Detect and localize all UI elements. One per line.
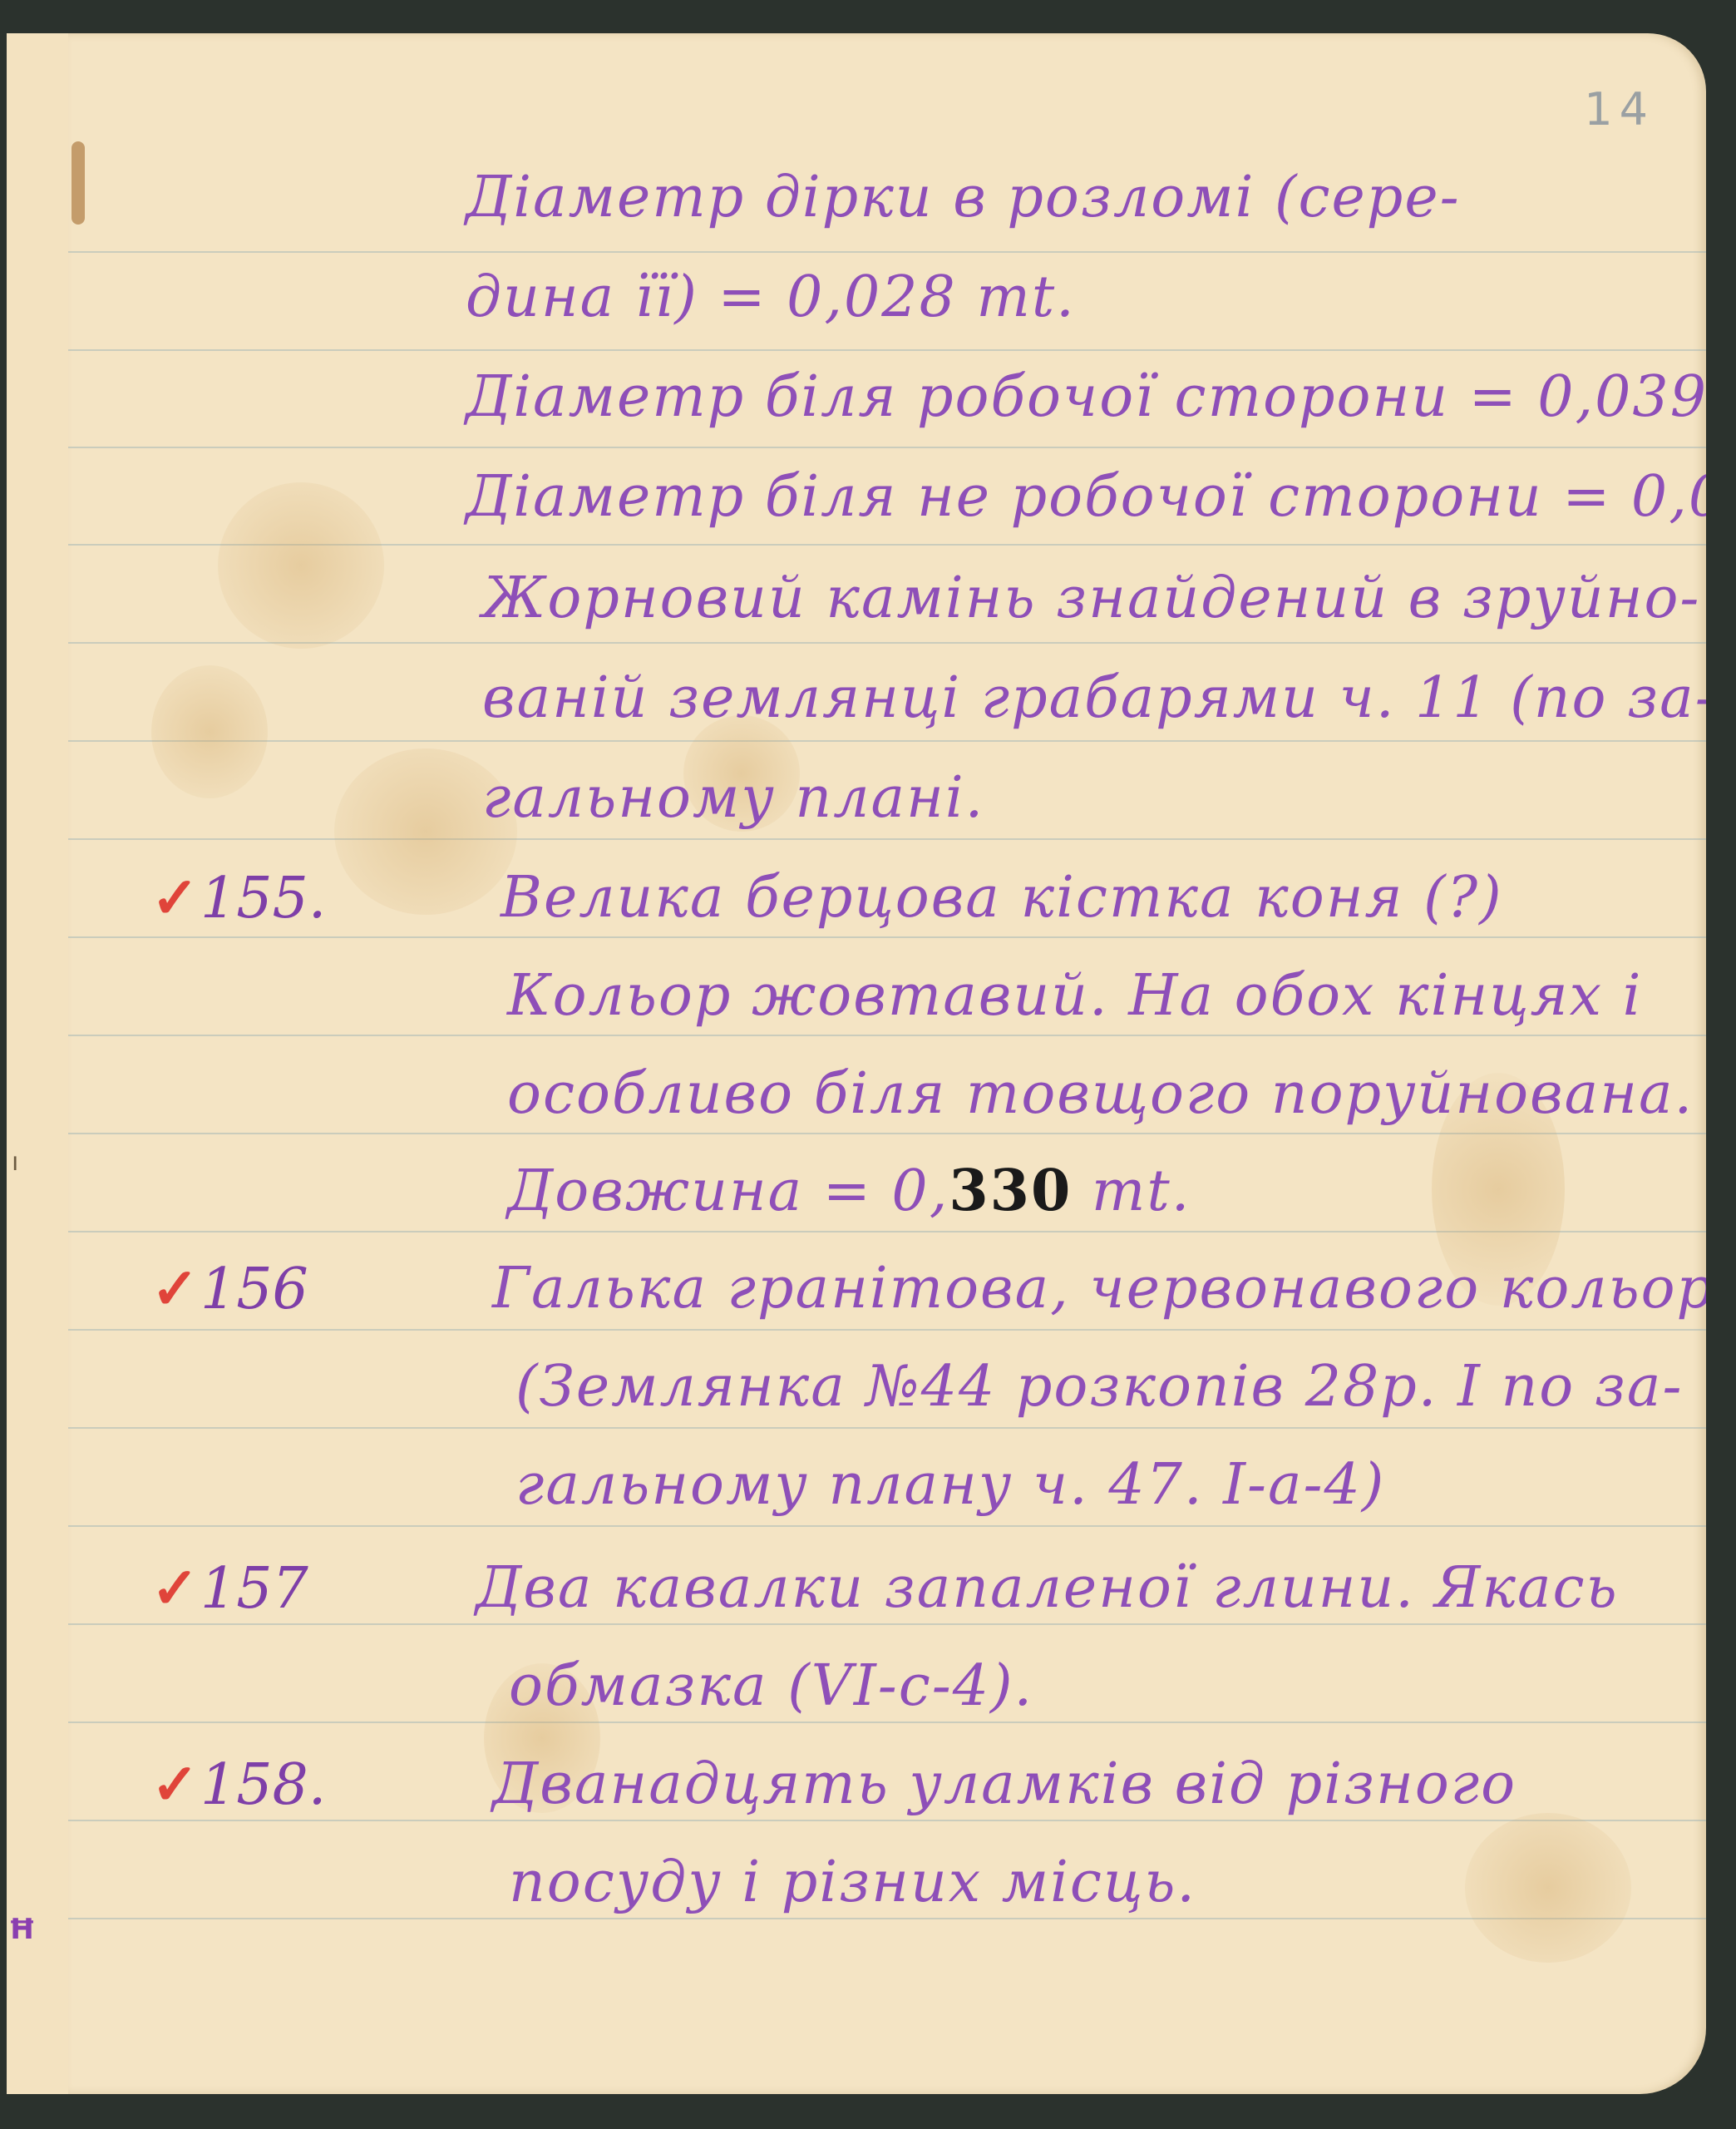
text-line: гальному плану ч. 47. І-а-4) [515, 1452, 1385, 1518]
check-mark-icon: ✓ [151, 1256, 199, 1322]
check-mark-icon: ✓ [151, 1555, 199, 1622]
spine-stain [72, 141, 85, 225]
length-line: Довжина = 0,330 mt. [507, 1158, 1191, 1224]
margin-tick: ı [12, 1148, 18, 1177]
text-line: Два кавалки запаленої глини. Якась [476, 1555, 1619, 1621]
stain [151, 665, 268, 798]
text-line: Жорновий камінь знайдений в зруйно- [482, 566, 1700, 631]
text-line: Діаметр біля не робочої сторони = 0,080 … [466, 464, 1706, 530]
ruled-line [68, 1427, 1706, 1429]
ruled-line [68, 1721, 1706, 1723]
text-line: Дванадцять уламків від різного [492, 1751, 1517, 1817]
entry-number-155: ✓155. [151, 865, 326, 931]
ruled-line [68, 1918, 1706, 1919]
entry-number-158: ✓158. [151, 1751, 326, 1818]
text-line: Галька гранітова, червонавого кольору. [492, 1256, 1706, 1321]
text-line: Кольор жовтавий. На обох кінцях і [507, 963, 1642, 1029]
text-line: (Землянка №44 розкопів 28р. І по за- [515, 1354, 1683, 1420]
ruled-line [68, 1623, 1706, 1625]
entry-number-157: ✓157 [151, 1555, 308, 1622]
ruled-line [68, 1820, 1706, 1821]
ruled-line [68, 740, 1706, 742]
ruled-line [68, 838, 1706, 840]
ruled-line [68, 349, 1706, 351]
text-line: Діаметр дірки в розломі (сере- [466, 165, 1461, 230]
text-line: гальному плані. [482, 765, 984, 831]
ruled-line [68, 447, 1706, 448]
text-line: Діаметр біля робочої сторони = 0,039. [466, 364, 1706, 430]
margin-ink-mark: Ħ [8, 1913, 36, 1946]
text-line: посуду і різних місць. [509, 1850, 1196, 1915]
stain [218, 482, 384, 649]
text-line: Велика берцова кістка коня (?) [501, 865, 1503, 931]
length-value: 330 [949, 1158, 1072, 1224]
text-line: особливо біля товщого поруйнована. [507, 1061, 1694, 1127]
ruled-line [68, 251, 1706, 253]
stain [1465, 1813, 1631, 1963]
text-line: дина її) = 0,028 mt. [466, 264, 1076, 330]
ruled-line [68, 1035, 1706, 1036]
previous-page-edge: ı Ħ [7, 33, 72, 2094]
ruled-line [68, 1329, 1706, 1331]
check-mark-icon: ✓ [151, 865, 199, 931]
page-number: 14 [1584, 83, 1655, 136]
notebook-page: 14 Діаметр дірки в розломі (сере- дина ї… [68, 33, 1706, 2094]
entry-number-156: ✓156 [151, 1256, 308, 1322]
text-line: ваній землянці грабарями ч. 11 (по за- [482, 665, 1706, 731]
check-mark-icon: ✓ [151, 1751, 199, 1818]
text-line: обмазка (VI-с-4). [509, 1653, 1033, 1719]
ruled-line [68, 936, 1706, 938]
ruled-line [68, 1525, 1706, 1527]
